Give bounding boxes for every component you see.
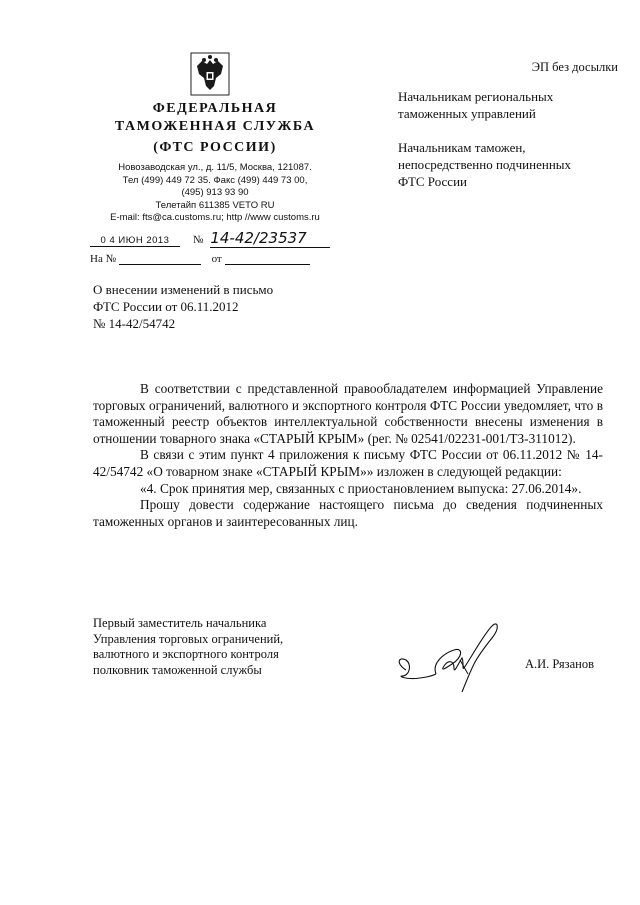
organization-name: ФЕДЕРАЛЬНАЯ ТАМОЖЕННАЯ СЛУЖБА (ФТС РОССИ… (90, 100, 340, 157)
addressee-1: Начальникам региональных таможенных упра… (398, 88, 628, 122)
body-paragraph: Прошу довести содержание настоящего пись… (93, 497, 603, 530)
number-label: № (193, 234, 204, 246)
addressee-line: Начальникам таможен, (398, 139, 628, 156)
subject-line: № 14-42/54742 (93, 315, 273, 332)
russian-coat-of-arms-icon (190, 52, 230, 96)
handwritten-signature-icon (392, 620, 512, 705)
org-name-line2: ТАМОЖЕННАЯ СЛУЖБА (90, 118, 340, 136)
letter-date: 0 4 ИЮН 2013 (90, 235, 180, 247)
from-blank (225, 253, 310, 265)
on-no-label: На № (90, 253, 116, 265)
signatory-line: Первый заместитель начальника (93, 616, 283, 632)
org-name-line3: (ФТС РОССИИ) (90, 139, 340, 157)
address-line: Телетайп 611385 VETO RU (80, 200, 350, 213)
body-paragraph: В связи с этим пункт 4 приложения к пись… (93, 447, 603, 480)
letter-body: В соответствии с представленной правообл… (93, 381, 603, 530)
address-line: Новозаводская ул., д. 11/5, Москва, 1210… (80, 162, 350, 175)
addressee-line: таможенных управлений (398, 105, 628, 122)
on-no-blank (119, 253, 201, 265)
letter-number: 14-42/23537 (210, 229, 330, 248)
from-label: от (212, 253, 222, 265)
address-line: E-mail: fts@ca.customs.ru; http //www cu… (80, 212, 350, 225)
signatory-line: валютного и экспортного контроля (93, 647, 283, 663)
signatory-line: Управления торговых ограничений, (93, 632, 283, 648)
addressee-line: Начальникам региональных (398, 88, 628, 105)
registration-line: 0 4 ИЮН 2013 № 14-42/23537 (90, 229, 330, 248)
subject-line: О внесении изменений в письмо (93, 281, 273, 298)
address-line: Тел (499) 449 72 35. Факс (499) 449 73 0… (80, 175, 350, 188)
org-name-line1: ФЕДЕРАЛЬНАЯ (90, 100, 340, 118)
addressee-line: ФТС России (398, 173, 628, 190)
body-paragraph: «4. Срок принятия мер, связанных с приос… (93, 481, 603, 498)
signatory-title: Первый заместитель начальника Управления… (93, 616, 283, 678)
delivery-note: ЭП без досылки (532, 60, 618, 75)
subject-line: ФТС России от 06.11.2012 (93, 298, 273, 315)
reference-line: На № от (90, 253, 310, 265)
org-address: Новозаводская ул., д. 11/5, Москва, 1210… (80, 162, 350, 225)
address-line: (495) 913 93 90 (80, 187, 350, 200)
letter-subject: О внесении изменений в письмо ФТС России… (93, 281, 273, 332)
body-paragraph: В соответствии с представленной правообл… (93, 381, 603, 447)
signatory-line: полковник таможенной службы (93, 663, 283, 679)
addressee-2: Начальникам таможен, непосредственно под… (398, 139, 628, 190)
addressee-line: непосредственно подчиненных (398, 156, 628, 173)
signatory-name: А.И. Рязанов (525, 657, 594, 672)
